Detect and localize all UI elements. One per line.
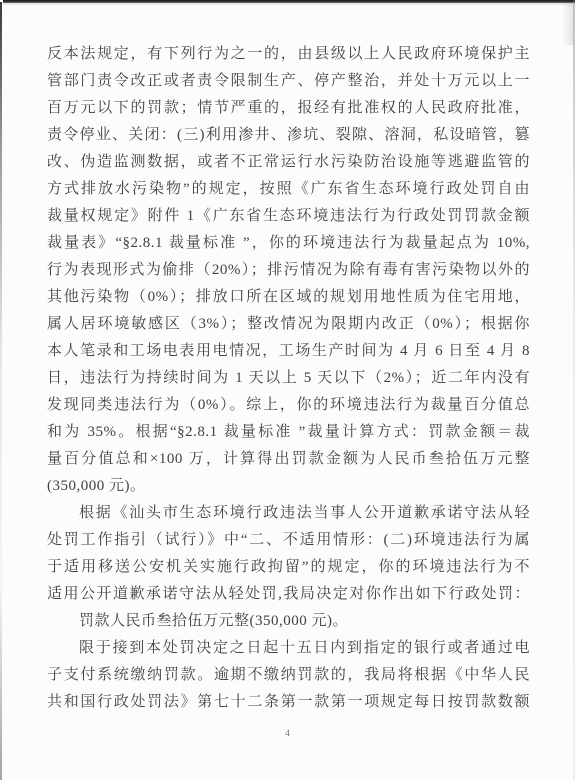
text-line: 裁量表》“§2.8.1 裁量标准 ”，你的环境违法行为裁量起点为 10%, [47, 230, 530, 257]
text-line: 行为表现形式为偷排（20%）；排污情况为除有毒有害污染物以外的 [47, 257, 530, 284]
text-line: 量百分值总和×100 万，计算得出罚款金额为人民币叁拾伍万元整 [47, 446, 530, 473]
text-line: 本人笔录和工场电表用电情况，工场生产时间为 4 月 6 日至 4 月 8 [47, 338, 530, 365]
text-line: 属人居环境敏感区（3%）；整改情况为限期内改正（0%）；根据你 [47, 311, 530, 338]
scan-edge-left [0, 2, 2, 780]
text-line: (350,000 元)。 [47, 473, 530, 500]
body-text: 反本法规定，有下列行为之一的，由县级以上人民政府环境保护主 管部门责令改正或者责… [47, 41, 530, 716]
text-line: 方式排放水污染物”的规定，按照《广东省生态环境行政处罚自由 [47, 176, 530, 203]
text-line: 子支付系统缴纳罚款。逾期不缴纳罚款的，我局将根据《中华人民 [47, 662, 530, 689]
text-line: 于适用移送公安机关实施行政拘留”的规定，你的环境违法行为不 [47, 554, 530, 581]
text-line: 百万元以下的罚款；情节严重的，报经有批准权的人民政府批准， [47, 95, 530, 122]
text-line: 适用公开道歉承诺守法从轻处罚,我局决定对你作出如下行政处罚： [47, 581, 530, 608]
text-line: 共和国行政处罚法》第七十二条第一款第一项规定每日按罚款数额 [47, 689, 530, 716]
text-line: 根据《汕头市生态环境行政违法当事人公开道歉承诺守法从轻 [47, 500, 530, 527]
scan-edge-top [3, 0, 575, 3]
text-line: 反本法规定，有下列行为之一的，由县级以上人民政府环境保护主 [47, 41, 530, 68]
text-line: 发现同类违法行为（0%）。综上，你的环境违法行为裁量百分值总 [47, 392, 530, 419]
text-line: 罚款人民币叁拾伍万元整(350,000 元)。 [47, 608, 530, 635]
text-line: 和为 35%。根据“§2.8.1 裁量标准 ”裁量计算方式：罚款金额＝裁 [47, 419, 530, 446]
text-line: 改、伪造监测数据，或者不正常运行水污染防治设施等逃避监管的 [47, 149, 530, 176]
text-line: 责令停业、关闭：(三)利用渗井、渗坑、裂隙、溶洞，私设暗管，篡 [47, 122, 530, 149]
text-line: 限于接到本处罚决定之日起十五日内到指定的银行或者通过电 [47, 635, 530, 662]
text-line: 处罚工作指引（试行）》中“二、不适用情形：(二)环境违法行为属 [47, 527, 530, 554]
scan-shadow-topright [562, 3, 574, 45]
page-number: 4 [0, 727, 575, 739]
text-line: 管部门责令改正或者责令限制生产、停产整治，并处十万元以上一 [47, 68, 530, 95]
text-line: 裁量权规定》附件 1《广东省生态环境违法行为行政处罚罚款金额 [47, 203, 530, 230]
text-line: 其他污染物（0%）；排放口所在区域的规划用地性质为住宅用地， [47, 284, 530, 311]
text-line: 日，违法行为持续时间为 1 天以上 5 天以下（2%）；近二年内没有 [47, 365, 530, 392]
